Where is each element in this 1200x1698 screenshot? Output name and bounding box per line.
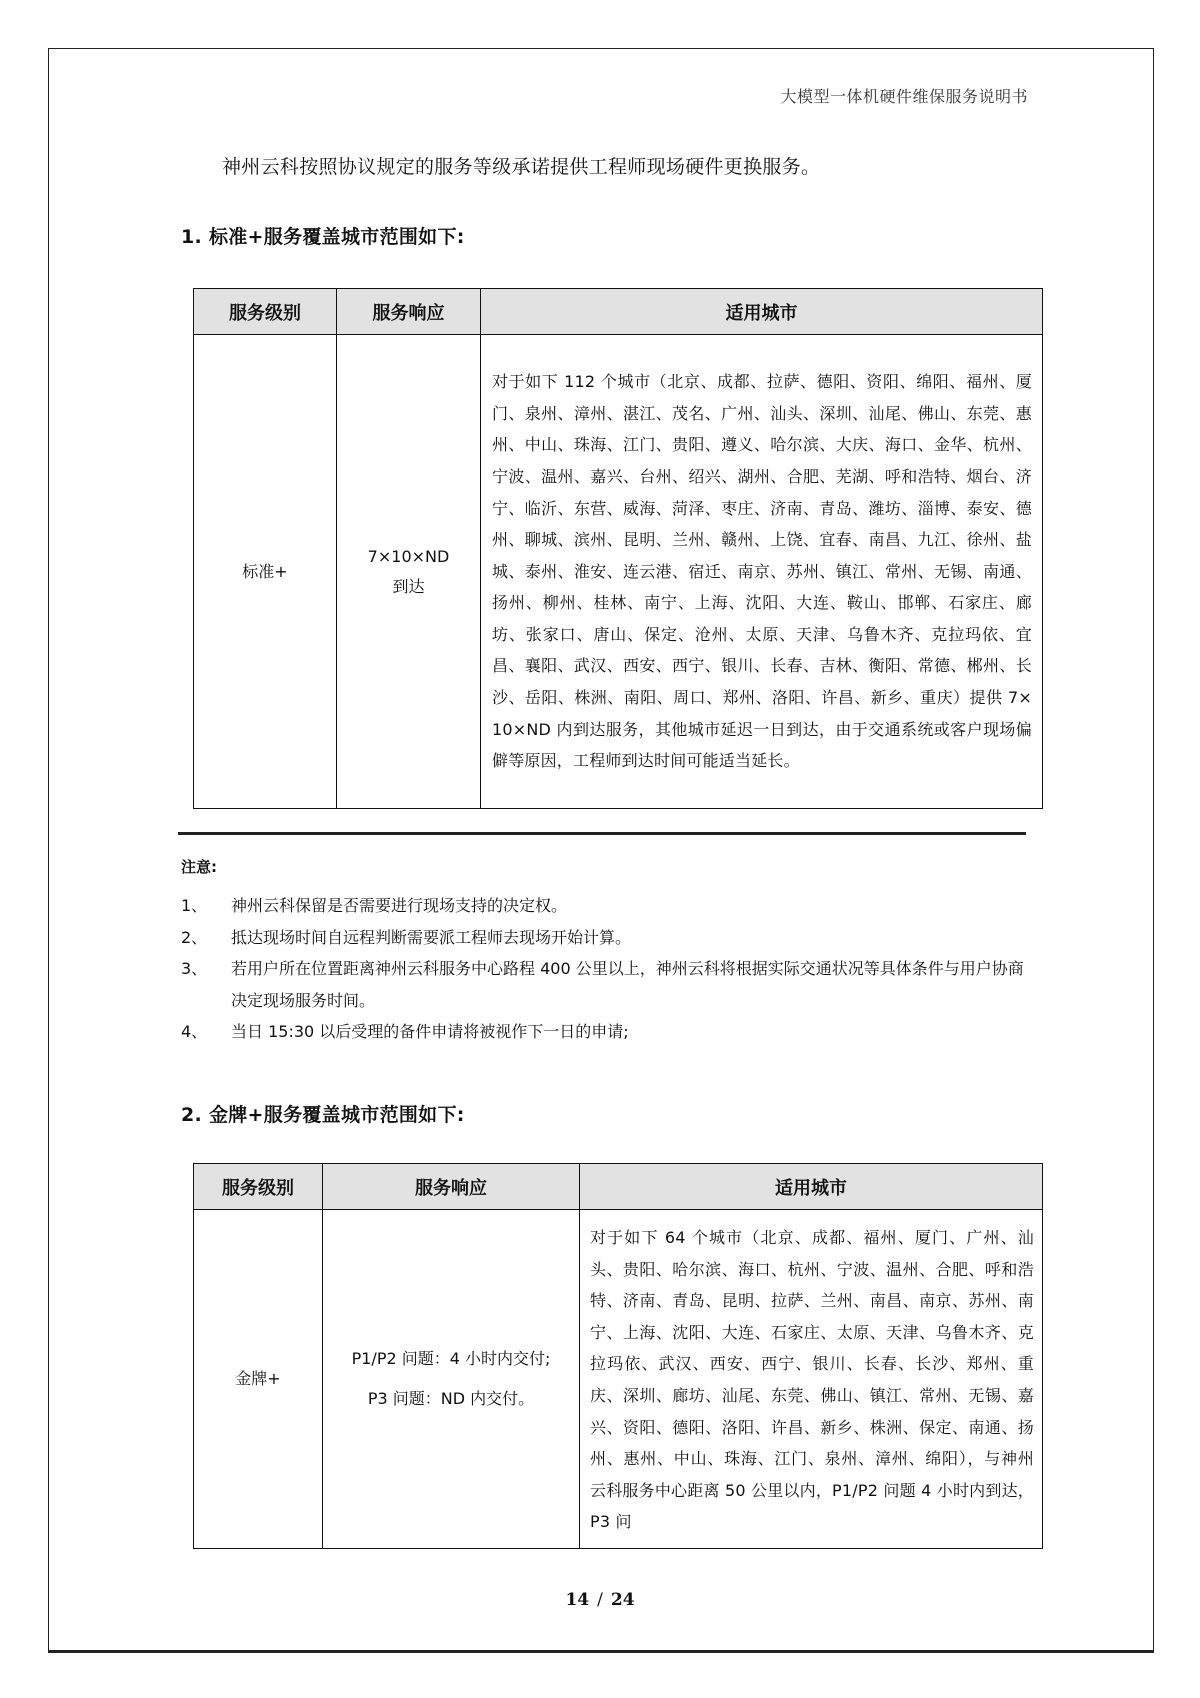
- note-text: 抵达现场时间自远程判断需要派工程师去现场开始计算。: [231, 922, 1031, 954]
- gold-plus-table: 服务级别 服务响应 适用城市 金牌+ P1/P2 问题：4 小时内交付; P3 …: [193, 1163, 1043, 1549]
- note-number: 4、: [181, 1016, 231, 1048]
- applicable-cities-cell: 对于如下 112 个城市（北京、成都、拉萨、德阳、资阳、绵阳、福州、厦门、泉州、…: [481, 335, 1043, 809]
- section-divider: [178, 832, 1026, 835]
- response-line-2: 到达: [338, 572, 479, 602]
- response-line-1: 7×10×ND: [338, 542, 479, 572]
- header-applicable-cities: 适用城市: [580, 1164, 1043, 1210]
- table-header-row: 服务级别 服务响应 适用城市: [194, 1164, 1043, 1210]
- note-item: 2、 抵达现场时间自远程判断需要派工程师去现场开始计算。: [181, 922, 1031, 954]
- note-number: 1、: [181, 890, 231, 922]
- intro-paragraph: 神州云科按照协议规定的服务等级承诺提供工程师现场硬件更换服务。: [222, 152, 820, 179]
- page-total: 24: [611, 1590, 635, 1610]
- section-1-heading: 1. 标准+服务覆盖城市范围如下:: [181, 222, 465, 249]
- header-service-response: 服务响应: [337, 289, 481, 335]
- service-level-cell: 金牌+: [194, 1210, 323, 1549]
- page-separator: /: [597, 1590, 603, 1610]
- service-response-cell: 7×10×ND 到达: [337, 335, 481, 809]
- section-2-heading: 2. 金牌+服务覆盖城市范围如下:: [181, 1100, 465, 1127]
- note-item: 3、 若用户所在位置距离神州云科服务中心路程 400 公里以上，神州云科将根据实…: [181, 953, 1031, 1016]
- notes-title: 注意:: [181, 856, 217, 877]
- response-line-2: P3 问题：ND 内交付。: [347, 1384, 555, 1414]
- applicable-cities-cell: 对于如下 64 个城市（北京、成都、福州、厦门、广州、汕头、贵阳、哈尔滨、海口、…: [580, 1210, 1043, 1549]
- table-row: 金牌+ P1/P2 问题：4 小时内交付; P3 问题：ND 内交付。 对于如下…: [194, 1210, 1043, 1549]
- note-number: 3、: [181, 953, 231, 1016]
- standard-plus-table: 服务级别 服务响应 适用城市 标准+ 7×10×ND 到达 对于如下 112 个…: [193, 288, 1043, 809]
- page-current: 14: [565, 1590, 589, 1610]
- note-text: 神州云科保留是否需要进行现场支持的决定权。: [231, 890, 1031, 922]
- service-level-cell: 标准+: [194, 335, 337, 809]
- note-text: 当日 15:30 以后受理的备件申请将被视作下一日的申请;: [231, 1016, 1031, 1048]
- header-service-response: 服务响应: [323, 1164, 580, 1210]
- note-text: 若用户所在位置距离神州云科服务中心路程 400 公里以上，神州云科将根据实际交通…: [231, 953, 1031, 1016]
- note-item: 1、 神州云科保留是否需要进行现场支持的决定权。: [181, 890, 1031, 922]
- response-line-1: P1/P2 问题：4 小时内交付;: [347, 1344, 555, 1374]
- service-response-cell: P1/P2 问题：4 小时内交付; P3 问题：ND 内交付。: [323, 1210, 580, 1549]
- page-number: 14/24: [0, 1590, 1200, 1610]
- note-item: 4、 当日 15:30 以后受理的备件申请将被视作下一日的申请;: [181, 1016, 1031, 1048]
- header-applicable-cities: 适用城市: [481, 289, 1043, 335]
- note-number: 2、: [181, 922, 231, 954]
- table-row: 标准+ 7×10×ND 到达 对于如下 112 个城市（北京、成都、拉萨、德阳、…: [194, 335, 1043, 809]
- header-service-level: 服务级别: [194, 1164, 323, 1210]
- notes-list: 1、 神州云科保留是否需要进行现场支持的决定权。 2、 抵达现场时间自远程判断需…: [181, 890, 1031, 1048]
- header-service-level: 服务级别: [194, 289, 337, 335]
- table-header-row: 服务级别 服务响应 适用城市: [194, 289, 1043, 335]
- running-header: 大模型一体机硬件维保服务说明书: [780, 84, 1028, 107]
